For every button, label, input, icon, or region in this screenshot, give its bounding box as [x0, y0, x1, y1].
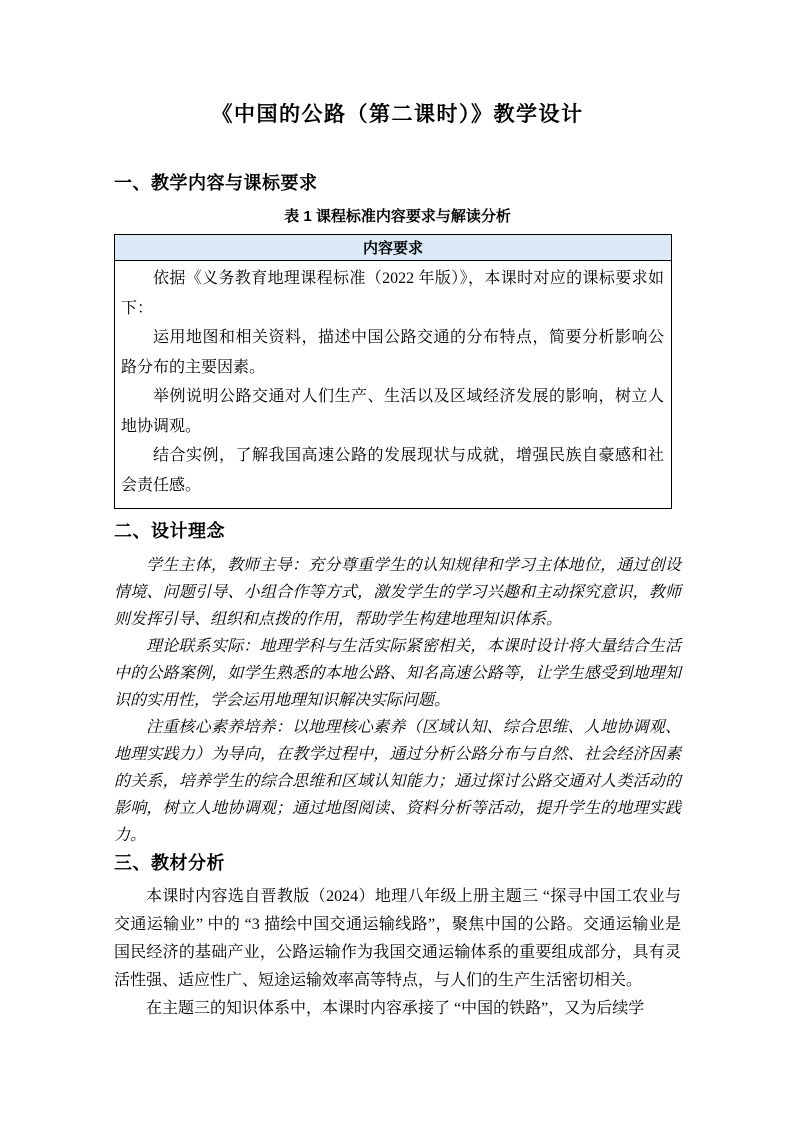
section-1-heading: 一、教学内容与课标要求 — [114, 171, 681, 195]
content-requirements-table: 内容要求 依据《义务教育地理课程标准（2022 年版）》，本课时对应的课标要求如… — [114, 234, 672, 509]
textbook-analysis-paragraph-2: 在主题三的知识体系中，本课时内容承接了 “中国的铁路”，又为后续学 — [114, 995, 681, 1023]
table-paragraph-3: 举例说明公路交通对人们生产、生活以及区域经济发展的影响，树立人地协调观。 — [121, 382, 664, 441]
design-concept-paragraph-1: 学生主体，教师主导：充分尊重学生的认知规律和学习主体地位，通过创设情境、问题引导… — [114, 552, 681, 633]
section-2-heading: 二、设计理念 — [114, 519, 681, 543]
table-paragraph-4: 结合实例，了解我国高速公路的发展现状与成就，增强民族自豪感和社会责任感。 — [121, 441, 664, 500]
design-concept-paragraph-3: 注重核心素养培养：以地理核心素养（区域认知、综合思维、人地协调观、地理实践力）为… — [114, 714, 681, 849]
table-caption: 表 1 课程标准内容要求与解读分析 — [114, 206, 681, 228]
table-paragraph-2: 运用地图和相关资料，描述中国公路交通的分布特点，简要分析影响公路分布的主要因素。 — [121, 323, 664, 382]
table-body-cell: 依据《义务教育地理课程标准（2022 年版）》，本课时对应的课标要求如下： 运用… — [115, 261, 672, 509]
table-header-cell: 内容要求 — [115, 235, 672, 261]
textbook-analysis-paragraph-1: 本课时内容选自晋教版（2024）地理八年级上册主题三 “探寻中国工农业与交通运输… — [114, 883, 681, 995]
document-page: 《中国的公路（第二课时）》教学设计 一、教学内容与课标要求 表 1 课程标准内容… — [0, 0, 794, 1123]
table-header-row: 内容要求 — [115, 235, 672, 261]
document-title: 《中国的公路（第二课时）》教学设计 — [114, 100, 681, 128]
table-paragraph-1: 依据《义务教育地理课程标准（2022 年版）》，本课时对应的课标要求如下： — [121, 264, 664, 323]
design-concept-paragraph-2: 理论联系实际：地理学科与生活实际紧密相关，本课时设计将大量结合生活中的公路案例，… — [114, 633, 681, 714]
table-body-row: 依据《义务教育地理课程标准（2022 年版）》，本课时对应的课标要求如下： 运用… — [115, 261, 672, 509]
document-content: 《中国的公路（第二课时）》教学设计 一、教学内容与课标要求 表 1 课程标准内容… — [0, 0, 794, 1023]
section-3-heading: 三、教材分析 — [114, 851, 681, 875]
